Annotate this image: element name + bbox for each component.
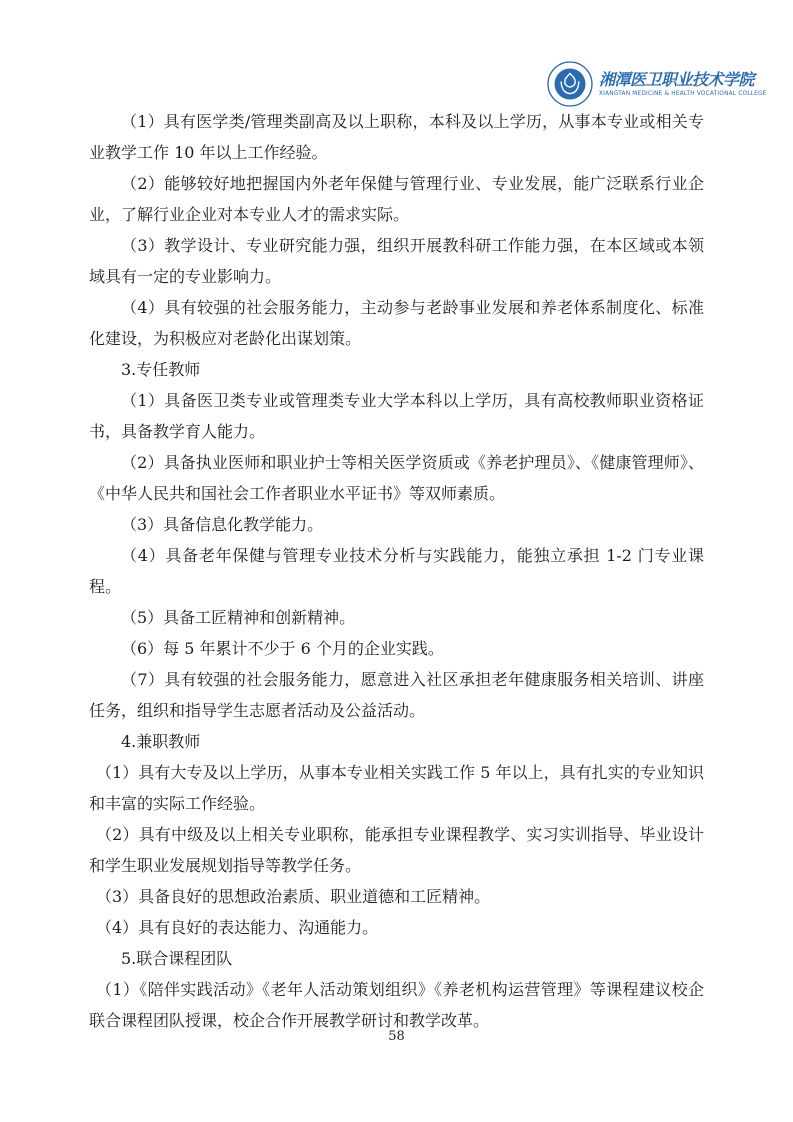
paragraph: （6）每 5 年累计不少于 6 个月的企业实践。 [89, 633, 704, 664]
paragraph: 3.专任教师 [89, 354, 704, 385]
paragraph: （3）具备良好的思想政治素质、职业道德和工匠精神。 [89, 881, 704, 912]
college-name-block: 湘潭医卫职业技术学院 XIANGTAN MEDICINE & HEALTH VO… [599, 70, 767, 98]
college-emblem-icon [547, 61, 593, 107]
paragraph: （4）具备老年保健与管理专业技术分析与实践能力，能独立承担 1-2 门专业课程。 [89, 540, 704, 602]
paragraph: （3）具备信息化教学能力。 [89, 509, 704, 540]
document-body: （1）具有医学类/管理类副高及以上职称，本科及以上学历，从事本专业或相关专业教学… [89, 106, 704, 1036]
paragraph: （2）具有中级及以上相关专业职称，能承担专业课程教学、实习实训指导、毕业设计和学… [89, 819, 704, 881]
paragraph: （3）教学设计、专业研究能力强，组织开展教科研工作能力强，在本区域或本领域具有一… [89, 230, 704, 292]
paragraph: （7）具有较强的社会服务能力，愿意进入社区承担老年健康服务相关培训、讲座任务，组… [89, 664, 704, 726]
paragraph: （1）《陪伴实践活动》《老年人活动策划组织》《养老机构运营管理》等课程建议校企联… [89, 974, 704, 1036]
paragraph: （1）具有大专及以上学历，从事本专业相关实践工作 5 年以上，具有扎实的专业知识… [89, 757, 704, 819]
college-logo: 湘潭医卫职业技术学院 XIANGTAN MEDICINE & HEALTH VO… [547, 61, 767, 107]
paragraph: （4）具有较强的社会服务能力，主动参与老龄事业发展和养老体系制度化、标准化建设，… [89, 292, 704, 354]
paragraph: （4）具有良好的表达能力、沟通能力。 [89, 912, 704, 943]
paragraph: 5.联合课程团队 [89, 943, 704, 974]
page-number: 58 [0, 1029, 793, 1044]
college-name-chinese: 湘潭医卫职业技术学院 [599, 70, 767, 90]
paragraph: （1）具有医学类/管理类副高及以上职称，本科及以上学历，从事本专业或相关专业教学… [89, 106, 704, 168]
paragraph: （2）能够较好地把握国内外老年保健与管理行业、专业发展，能广泛联系行业企业，了解… [89, 168, 704, 230]
paragraph: （5）具备工匠精神和创新精神。 [89, 602, 704, 633]
document-page: 湘潭医卫职业技术学院 XIANGTAN MEDICINE & HEALTH VO… [0, 0, 793, 1122]
college-name-english: XIANGTAN MEDICINE & HEALTH VOCATIONAL CO… [599, 90, 767, 98]
paragraph: 4.兼职教师 [89, 726, 704, 757]
paragraph: （2）具备执业医师和职业护士等相关医学资质或《养老护理员》、《健康管理师》、《中… [89, 447, 704, 509]
paragraph: （1）具备医卫类专业或管理类专业大学本科以上学历，具有高校教师职业资格证书，具备… [89, 385, 704, 447]
